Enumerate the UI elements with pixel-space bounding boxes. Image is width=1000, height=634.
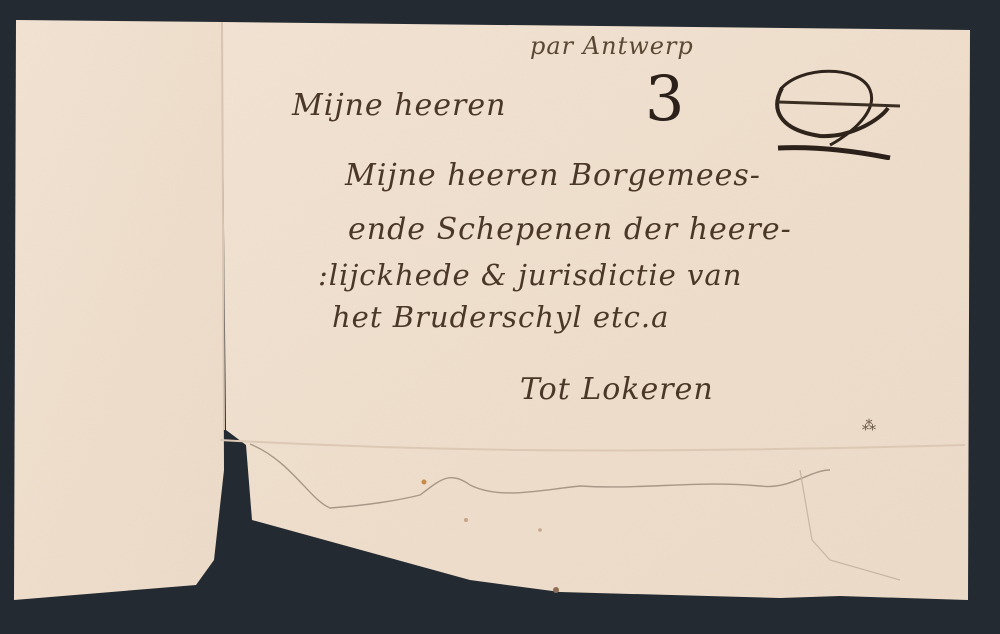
address-line-2: Mijne heeren Borgemees- bbox=[345, 158, 761, 193]
postage-rate: 3 bbox=[645, 62, 685, 135]
postal-mark-icon bbox=[760, 60, 920, 160]
address-line-3: ende Schepenen der heere- bbox=[348, 212, 792, 247]
routing-note: par Antwerp bbox=[530, 32, 694, 60]
address-line-1: Mijne heeren bbox=[292, 88, 506, 123]
address-line-5: het Bruderschyl etc.a bbox=[332, 300, 669, 334]
address-line-4: :lijckhede & jurisdictie van bbox=[318, 258, 742, 292]
destination-line: Tot Lokeren bbox=[520, 372, 714, 407]
document-scan: par Antwerp 3 Mijne heeren Mijne heeren … bbox=[0, 0, 1000, 634]
corner-mark: ⁂ bbox=[862, 418, 877, 434]
